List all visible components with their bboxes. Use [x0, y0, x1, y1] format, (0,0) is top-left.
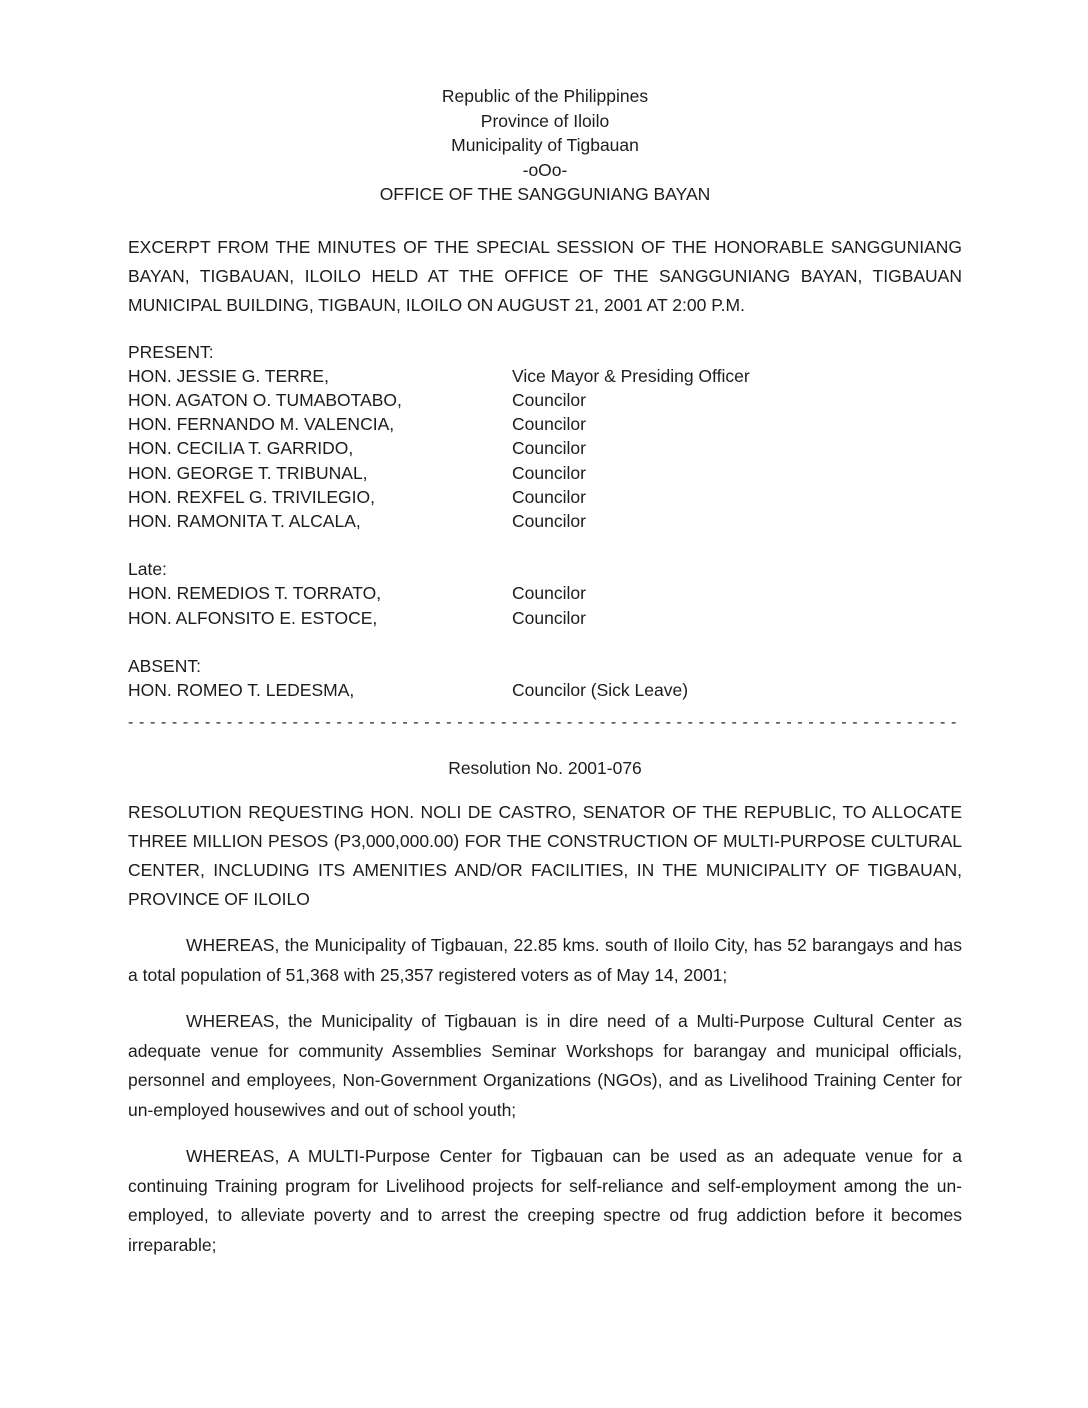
attendee-title: Councilor — [512, 388, 962, 412]
absent-label: ABSENT: — [128, 654, 962, 678]
header-office: OFFICE OF THE SANGGUNIANG BAYAN — [128, 182, 962, 207]
attendee-row: HON. JESSIE G. TERRE, Vice Mayor & Presi… — [128, 364, 962, 388]
attendee-row: HON. FERNANDO M. VALENCIA, Councilor — [128, 412, 962, 436]
resolution-number: Resolution No. 2001-076 — [128, 756, 962, 781]
header-province: Province of Iloilo — [128, 109, 962, 134]
attendee-row: HON. RAMONITA T. ALCALA, Councilor — [128, 509, 962, 533]
attendee-row: HON. GEORGE T. TRIBUNAL, Councilor — [128, 461, 962, 485]
attendee-title: Councilor — [512, 606, 962, 630]
whereas-paragraph-3: WHEREAS, A MULTI-Purpose Center for Tigb… — [128, 1142, 962, 1260]
resolution-title: RESOLUTION REQUESTING HON. NOLI DE CASTR… — [128, 798, 962, 914]
attendee-title: Councilor — [512, 509, 962, 533]
whereas-paragraph-1: WHEREAS, the Municipality of Tigbauan, 2… — [128, 931, 962, 990]
header-ooo-divider: -oOo- — [128, 158, 962, 183]
attendee-name: HON. RAMONITA T. ALCALA, — [128, 509, 512, 533]
attendee-title: Vice Mayor & Presiding Officer — [512, 364, 962, 388]
attendee-title: Councilor — [512, 412, 962, 436]
attendee-name: HON. FERNANDO M. VALENCIA, — [128, 412, 512, 436]
attendee-name: HON. AGATON O. TUMABOTABO, — [128, 388, 512, 412]
whereas-paragraph-2: WHEREAS, the Municipality of Tigbauan is… — [128, 1007, 962, 1125]
attendee-title: Councilor — [512, 436, 962, 460]
attendee-title: Councilor — [512, 485, 962, 509]
attendance-section: PRESENT: HON. JESSIE G. TERRE, Vice Mayo… — [128, 340, 962, 703]
attendee-name: HON. GEORGE T. TRIBUNAL, — [128, 461, 512, 485]
excerpt-paragraph: EXCERPT FROM THE MINUTES OF THE SPECIAL … — [128, 233, 962, 320]
header-municipality: Municipality of Tigbauan — [128, 133, 962, 158]
attendee-name: HON. REXFEL G. TRIVILEGIO, — [128, 485, 512, 509]
attendee-name: HON. REMEDIOS T. TORRATO, — [128, 581, 512, 605]
attendee-row: HON. REMEDIOS T. TORRATO, Councilor — [128, 581, 962, 605]
attendee-row: HON. AGATON O. TUMABOTABO, Councilor — [128, 388, 962, 412]
header-republic: Republic of the Philippines — [128, 84, 962, 109]
attendee-name: HON. CECILIA T. GARRIDO, — [128, 436, 512, 460]
attendee-name: HON. ALFONSITO E. ESTOCE, — [128, 606, 512, 630]
present-label: PRESENT: — [128, 340, 962, 364]
attendee-name: HON. ROMEO T. LEDESMA, — [128, 678, 512, 702]
attendee-row: HON. REXFEL G. TRIVILEGIO, Councilor — [128, 485, 962, 509]
attendee-title: Councilor (Sick Leave) — [512, 678, 962, 702]
attendee-row: HON. CECILIA T. GARRIDO, Councilor — [128, 436, 962, 460]
attendee-name: HON. JESSIE G. TERRE, — [128, 364, 512, 388]
attendee-title: Councilor — [512, 581, 962, 605]
attendee-row: HON. ROMEO T. LEDESMA, Councilor (Sick L… — [128, 678, 962, 702]
document-page: Republic of the Philippines Province of … — [0, 0, 1088, 1408]
attendee-row: HON. ALFONSITO E. ESTOCE, Councilor — [128, 606, 962, 630]
document-header: Republic of the Philippines Province of … — [128, 84, 962, 207]
dashed-separator: - - - - - - - - - - - - - - - - - - - - … — [128, 711, 962, 735]
attendee-title: Councilor — [512, 461, 962, 485]
late-label: Late: — [128, 557, 962, 581]
